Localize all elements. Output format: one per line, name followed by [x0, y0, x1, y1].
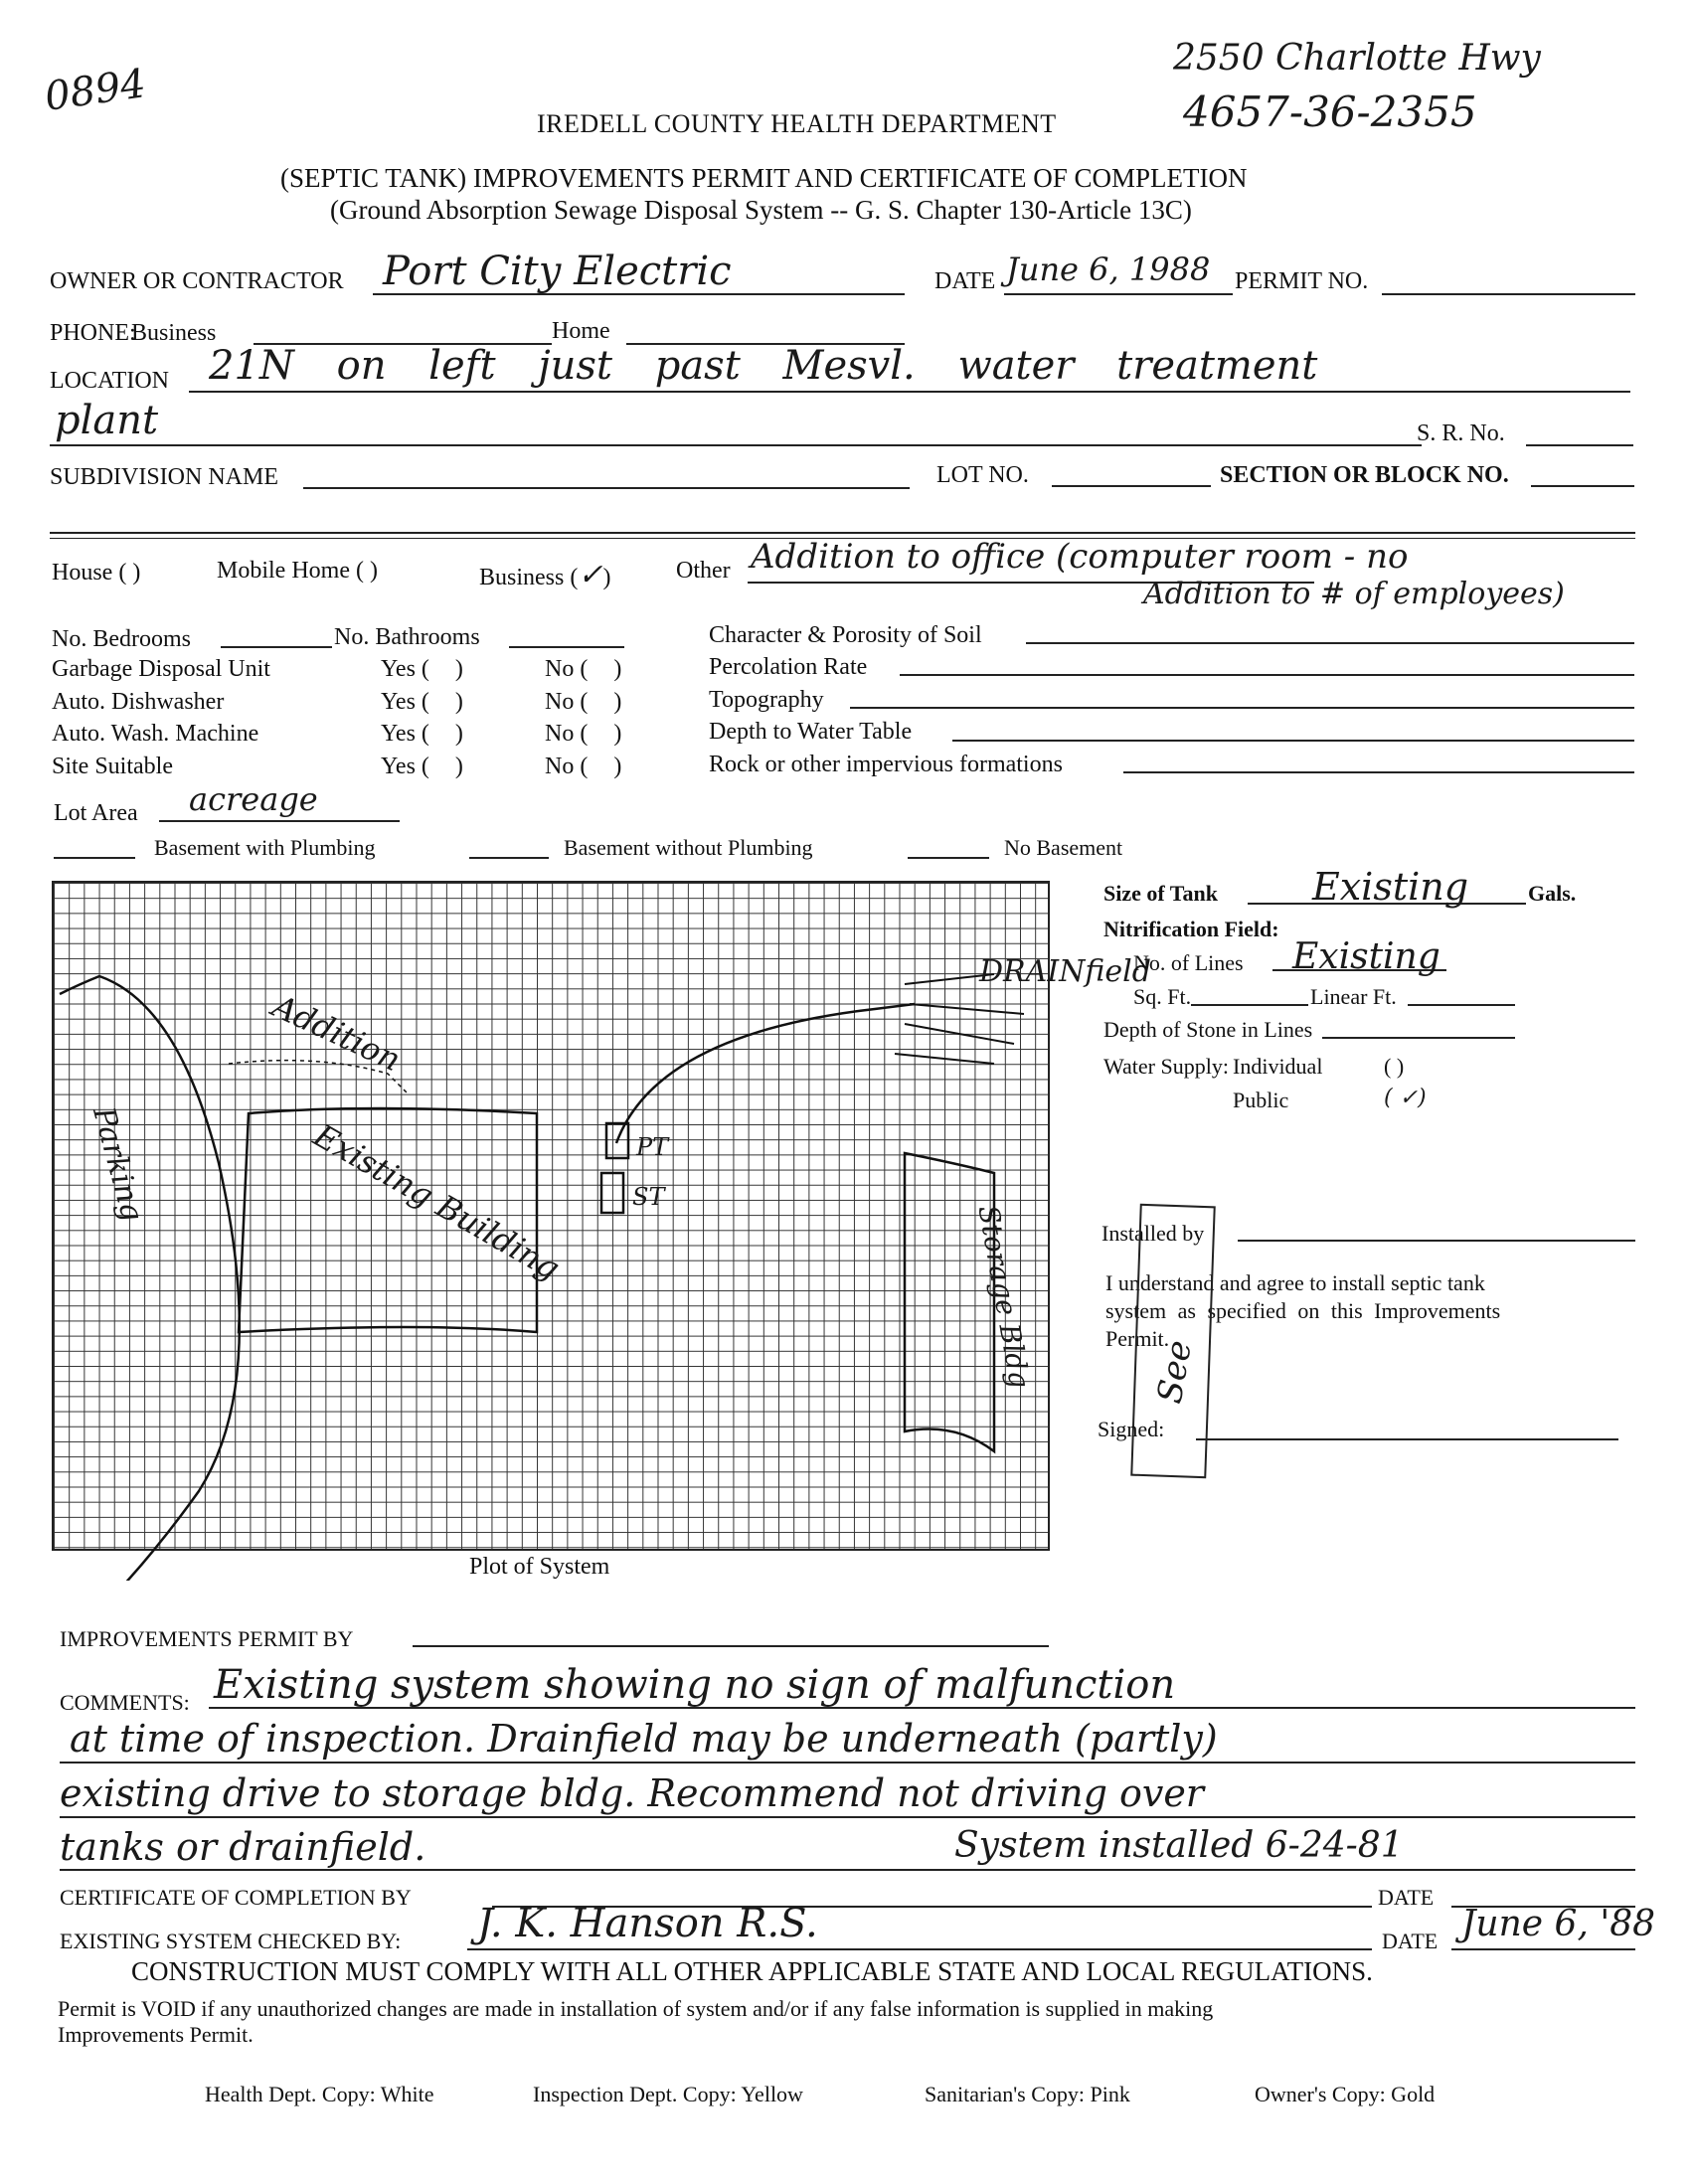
owner-value: Port City Electric: [383, 249, 732, 294]
basement-without-label: Basement without Plumbing: [564, 835, 813, 861]
fixture-yes[interactable]: Yes ( ): [381, 721, 473, 748]
fixture-yes[interactable]: Yes ( ): [381, 754, 473, 780]
type-other-label: Other: [676, 558, 731, 585]
tank-size-value: Existing: [1312, 865, 1468, 909]
yes-checkbox[interactable]: ( ): [422, 689, 473, 715]
permit-by-field[interactable]: [413, 1645, 1049, 1647]
stone-depth-label: Depth of Stone in Lines: [1103, 1017, 1312, 1043]
location-field-2[interactable]: [50, 444, 1422, 446]
signed-label: Signed:: [1098, 1417, 1164, 1442]
subdivision-label: SUBDIVISION NAME: [50, 464, 278, 491]
location-value-2: plant: [55, 398, 158, 443]
copy-sanitarian: Sanitarian's Copy: Pink: [925, 2082, 1130, 2107]
type-business[interactable]: Business (✓): [479, 558, 610, 592]
bedrooms-field[interactable]: [221, 646, 332, 648]
comments-label: COMMENTS:: [60, 1690, 190, 1716]
sr-label: S. R. No.: [1417, 420, 1505, 447]
fixture-no[interactable]: No ( ): [545, 721, 631, 748]
linear-label: Linear Ft.: [1310, 984, 1397, 1010]
lot-field[interactable]: [1052, 485, 1211, 487]
soil-label: Topography: [709, 687, 824, 714]
plot-caption: Plot of System: [469, 1554, 609, 1581]
section-label: SECTION OR BLOCK NO.: [1220, 462, 1509, 489]
permit-by-label: IMPROVEMENTS PERMIT BY: [60, 1626, 353, 1652]
checked-by-signature: J. K. Hanson R.S.: [477, 1901, 818, 1946]
soil-label: Percolation Rate: [709, 654, 867, 681]
permit-field[interactable]: [1382, 293, 1635, 295]
comments-field-3[interactable]: [60, 1816, 1635, 1818]
fixture-label: Auto. Dishwasher: [52, 689, 224, 716]
copy-inspection-dept: Inspection Dept. Copy: Yellow: [533, 2082, 803, 2107]
sr-field[interactable]: [1526, 444, 1633, 446]
location-field-1[interactable]: [189, 391, 1630, 393]
basement-with-label: Basement with Plumbing: [154, 835, 375, 861]
fixture-no[interactable]: No ( ): [545, 656, 631, 683]
date-label: DATE: [934, 268, 995, 295]
location-label: LOCATION: [50, 368, 169, 395]
fixture-no[interactable]: No ( ): [545, 689, 631, 716]
installed-by-field[interactable]: [1238, 1240, 1635, 1242]
certificate-label: CERTIFICATE OF COMPLETION BY: [60, 1885, 412, 1911]
handwritten-pin: 4657-36-2355: [1183, 87, 1477, 136]
fixture-yes[interactable]: Yes ( ): [381, 656, 473, 683]
comments-line-4: tanks or drainfield.: [60, 1825, 425, 1869]
fixture-no[interactable]: No ( ): [545, 754, 631, 780]
bathrooms-field[interactable]: [509, 646, 624, 648]
water-individual-checkbox[interactable]: ( ): [1384, 1054, 1404, 1080]
water-individual-label: Individual: [1233, 1054, 1322, 1080]
yes-checkbox[interactable]: ( ): [422, 721, 473, 747]
phone-business-label: Business: [131, 320, 216, 347]
yes-label: Yes: [381, 656, 416, 682]
yes-checkbox[interactable]: ( ): [422, 754, 473, 779]
comments-line-1: Existing system showing no sign of malfu…: [214, 1662, 1175, 1708]
fixture-label: Auto. Wash. Machine: [52, 721, 258, 748]
void-notice-1: Permit is VOID if any unauthorized chang…: [58, 1996, 1213, 2022]
section-divider: [50, 532, 1635, 534]
soil-label: Rock or other impervious formations: [709, 752, 1063, 778]
type-other-value-1: Addition to office (computer room - no: [751, 537, 1408, 577]
lot-area-field[interactable]: [159, 820, 400, 822]
checked-by-label: EXISTING SYSTEM CHECKED BY:: [60, 1929, 401, 1954]
checked-by-field[interactable]: [467, 1948, 1372, 1950]
yes-label: Yes: [381, 689, 416, 715]
water-supply-label: Water Supply:: [1103, 1054, 1229, 1080]
owner-label: OWNER OR CONTRACTOR: [50, 268, 344, 295]
water-public-checkbox[interactable]: ( ✓): [1384, 1086, 1427, 1110]
tank-gals-label: Gals.: [1528, 881, 1576, 907]
soil-label: Character & Porosity of Soil: [709, 622, 982, 649]
copy-health-dept: Health Dept. Copy: White: [205, 2082, 434, 2107]
type-other-value-2: Addition to # of employees): [1143, 577, 1565, 611]
tank-size-label: Size of Tank: [1103, 881, 1218, 907]
lot-area-label: Lot Area: [54, 800, 138, 827]
location-value-1: 21N on left just past Mesvl. water treat…: [209, 343, 1317, 389]
basement-without-field[interactable]: [469, 857, 549, 859]
handwritten-address: 2550 Charlotte Hwy: [1173, 38, 1541, 79]
soil-field[interactable]: [900, 674, 1634, 676]
soil-field[interactable]: [850, 707, 1634, 709]
void-notice-2: Improvements Permit.: [58, 2022, 254, 2048]
no-checkbox[interactable]: ( ): [580, 721, 631, 747]
type-business-label: Business (: [479, 565, 578, 590]
agency-title: IREDELL COUNTY HEALTH DEPARTMENT: [537, 109, 1057, 139]
nitrification-label: Nitrification Field:: [1103, 917, 1279, 942]
comments-field-4[interactable]: [60, 1869, 1635, 1871]
soil-field[interactable]: [952, 740, 1634, 742]
plot-label-drainfield: DRAINfield: [979, 954, 1151, 989]
type-mobile-home[interactable]: Mobile Home ( ): [217, 558, 378, 585]
permit-label: PERMIT NO.: [1235, 268, 1368, 295]
type-business-close: ): [602, 565, 610, 590]
no-checkbox[interactable]: ( ): [580, 689, 631, 715]
plot-label-septic-tank: ST: [632, 1183, 664, 1211]
fixture-label: Garbage Disposal Unit: [52, 656, 270, 683]
linear-field[interactable]: [1408, 1004, 1515, 1006]
comments-field-2[interactable]: [60, 1762, 1635, 1764]
plot-label-pump-tank: PT: [636, 1133, 668, 1161]
plot-sketch: [40, 865, 1094, 1581]
fixture-yes[interactable]: Yes ( ): [381, 689, 473, 716]
file-number: 0894: [42, 61, 148, 120]
fixture-label: Site Suitable: [52, 754, 173, 780]
sqft-label: Sq. Ft.: [1133, 984, 1191, 1010]
no-label: No: [545, 754, 574, 779]
no-label: No: [545, 656, 574, 682]
soil-field[interactable]: [1123, 771, 1634, 773]
bedrooms-label: No. Bedrooms: [52, 626, 191, 653]
basement-with-field[interactable]: [54, 857, 135, 859]
phone-home-label: Home: [552, 318, 610, 345]
comments-line-3: existing drive to storage bldg. Recommen…: [60, 1771, 1204, 1815]
system-installed-note: System installed 6-24-81: [954, 1825, 1404, 1866]
yes-label: Yes: [381, 721, 416, 747]
subdivision-field[interactable]: [303, 487, 910, 489]
copy-owner: Owner's Copy: Gold: [1255, 2082, 1435, 2107]
date-field[interactable]: [1004, 293, 1233, 295]
form-subtitle: (Ground Absorption Sewage Disposal Syste…: [330, 195, 1192, 226]
lines-label: No. of Lines: [1133, 950, 1244, 976]
phone-label: PHONE:: [50, 320, 136, 347]
compliance-notice: CONSTRUCTION MUST COMPLY WITH ALL OTHER …: [131, 1956, 1373, 1987]
no-label: No: [545, 721, 574, 747]
soil-field[interactable]: [1026, 642, 1634, 644]
yes-label: Yes: [381, 754, 416, 779]
stone-depth-field[interactable]: [1322, 1037, 1515, 1039]
no-checkbox[interactable]: ( ): [580, 754, 631, 779]
no-checkbox[interactable]: ( ): [580, 656, 631, 682]
business-checkmark: ✓: [578, 558, 602, 592]
lot-area-value: acreage: [189, 780, 318, 818]
yes-checkbox[interactable]: ( ): [422, 656, 473, 682]
water-public-label: Public: [1233, 1088, 1288, 1113]
form-title: (SEPTIC TANK) IMPROVEMENTS PERMIT AND CE…: [280, 163, 1248, 194]
no-basement-field[interactable]: [908, 857, 989, 859]
checked-date-value: June 6, '88: [1461, 1904, 1655, 1944]
certificate-date-label: DATE: [1378, 1885, 1434, 1911]
sqft-field[interactable]: [1191, 1004, 1308, 1006]
date-value: June 6, 1988: [1006, 251, 1210, 288]
signed-field[interactable]: [1196, 1438, 1618, 1440]
bathrooms-label: No. Bathrooms: [334, 624, 480, 651]
comments-line-2: at time of inspection. Drainfield may be…: [70, 1717, 1218, 1761]
soil-label: Depth to Water Table: [709, 719, 912, 746]
lines-value: Existing: [1292, 936, 1440, 977]
no-basement-label: No Basement: [1004, 835, 1122, 861]
section-field[interactable]: [1531, 485, 1634, 487]
checked-date-label: DATE: [1382, 1929, 1438, 1954]
no-label: No: [545, 689, 574, 715]
checked-date-field[interactable]: [1451, 1948, 1635, 1950]
lot-label: LOT NO.: [936, 462, 1029, 489]
type-house[interactable]: House ( ): [52, 560, 140, 587]
